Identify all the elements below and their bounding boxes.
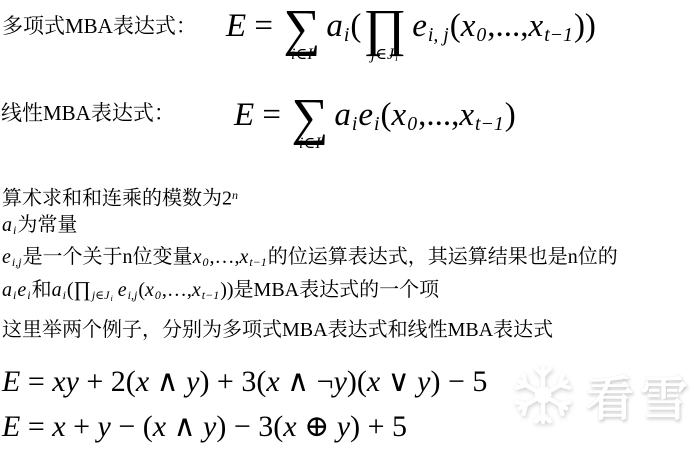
math-segment: y xyxy=(334,365,347,398)
expression-args: aiei(x0,...,xt−1) xyxy=(334,97,515,133)
math-segment: x xyxy=(145,279,154,301)
polynomial-mba-formula: E = ∑i∈Iai(∏j∈Jiei, j(x0,...,xt−1)) xyxy=(226,3,596,58)
math-segment: E xyxy=(226,8,246,44)
math-segment: ,…, xyxy=(162,279,192,301)
math-segment: ( xyxy=(350,8,361,44)
math-segment: j∈J xyxy=(92,288,110,302)
sum-limit: i∈I xyxy=(291,47,313,63)
product-limit: j∈Ji xyxy=(371,47,399,67)
math-segment: x xyxy=(529,8,544,44)
math-segment: e xyxy=(2,246,11,268)
math-segment: i,j xyxy=(128,288,138,302)
math-segment: I xyxy=(315,135,320,152)
linear-mba-label: 线性MBA表达式： xyxy=(1,100,175,126)
math-segment: 0 xyxy=(202,255,208,269)
math-segment: x xyxy=(239,246,248,268)
kanxue-wordmark: 看雪 xyxy=(586,360,692,429)
math-segment: )) xyxy=(574,8,596,44)
math-segment: 算术求和和连乘的模数为2 xyxy=(2,187,232,209)
sigma-glyph: ∑ xyxy=(291,98,328,138)
math-segment: x xyxy=(367,365,380,398)
math-segment: a xyxy=(334,97,351,133)
math-segment: n xyxy=(232,188,238,202)
math-segment: ∈ xyxy=(303,135,315,152)
product-operator: ∏j∈Ji xyxy=(363,9,406,49)
math-segment: t−1 xyxy=(202,288,219,302)
math-segment: x xyxy=(461,8,476,44)
math-segment: E xyxy=(2,410,20,443)
math-segment: 0 xyxy=(476,24,486,46)
math-segment: y xyxy=(98,410,111,443)
math-segment: 为常量 xyxy=(17,214,77,236)
math-segment: ) − 3( xyxy=(216,410,283,443)
math-segment: ) + 5 xyxy=(350,410,407,443)
math-segment: ) − 5 xyxy=(431,365,488,398)
math-segment: ) xyxy=(505,97,516,133)
math-segment: = xyxy=(246,8,281,44)
math-segment: 和 xyxy=(32,279,52,301)
math-segment: a xyxy=(2,214,12,236)
math-segment: ( xyxy=(381,97,392,133)
math-segment: = xyxy=(20,410,52,443)
formula-lhs: E = xyxy=(226,8,281,44)
math-segment: ∈ xyxy=(375,46,387,63)
math-segment: i xyxy=(13,288,16,302)
math-segment: ∧ xyxy=(149,365,186,398)
math-segment: ∧ xyxy=(166,410,203,443)
math-segment: ( xyxy=(450,8,461,44)
math-segment: I xyxy=(307,46,312,63)
note-line-coefficient: ai为常量 xyxy=(2,212,618,244)
polynomial-example-formula: E = xy + 2(x ∧ y) + 3(x ∧ ¬y)(x ∨ y) − 5 xyxy=(2,362,487,402)
math-segment: ∨ xyxy=(380,365,417,398)
math-segment: t−1 xyxy=(544,24,573,46)
math-segment: )( xyxy=(347,365,367,398)
math-segment: x xyxy=(153,410,166,443)
sigma-glyph: ∑ xyxy=(283,9,320,49)
math-segment: y xyxy=(337,410,350,443)
math-segment: y xyxy=(203,410,216,443)
linear-mba-formula: E = ∑i∈Iaiei(x0,...,xt−1) xyxy=(234,92,516,147)
math-segment: x xyxy=(136,365,149,398)
note-line-modulus: 算术求和和连乘的模数为2n xyxy=(2,182,618,212)
formula-lhs: E = xyxy=(234,97,289,133)
math-segment: ,…, xyxy=(209,246,239,268)
math-segment: + 2( xyxy=(79,365,136,398)
math-segment: i xyxy=(374,113,380,135)
math-segment: a xyxy=(52,279,62,301)
expression-args: ei, j(x0,...,xt−1)) xyxy=(412,8,596,44)
math-segment: x xyxy=(459,97,474,133)
math-segment: ,..., xyxy=(487,8,528,44)
kanxue-watermark: 看雪 xyxy=(510,360,692,429)
math-segment: ) + 3( xyxy=(199,365,266,398)
math-segment: xy xyxy=(52,365,79,398)
math-segment: i xyxy=(63,288,66,302)
linear-example-formula: E = x + y − (x ∧ y) − 3(x ⊕ y) + 5 xyxy=(2,407,407,447)
math-segment: 是一个关于n位变量 xyxy=(23,246,193,268)
sum-limit: i∈I xyxy=(299,136,321,152)
math-segment: E xyxy=(2,365,20,398)
math-segment: 0 xyxy=(155,288,161,302)
note-line-mba-term: aiei和ai(∏j∈Ji ei,j(x0,…,xt−1))是MBA表达式的一个… xyxy=(2,276,618,312)
examples-intro-text: 这里举两个例子，分别为多项式MBA表达式和线性MBA表达式 xyxy=(2,317,553,344)
math-segment: J xyxy=(387,46,394,63)
math-segment: x xyxy=(193,246,202,268)
math-segment: 0 xyxy=(407,113,417,135)
math-segment: i,j xyxy=(12,255,22,269)
math-segment: a xyxy=(2,279,12,301)
math-segment: ∈ xyxy=(295,46,307,63)
math-segment: x xyxy=(52,410,65,443)
math-segment: i, j xyxy=(428,24,449,46)
pi-glyph: ∏ xyxy=(363,9,406,49)
math-segment: e xyxy=(412,8,427,44)
math-segment: a xyxy=(326,8,343,44)
math-segment: x xyxy=(392,97,407,133)
math-segment: i xyxy=(27,288,30,302)
math-segment: + xyxy=(66,410,98,443)
math-segment: ,..., xyxy=(418,97,459,133)
math-segment: x xyxy=(283,410,296,443)
math-segment: x xyxy=(266,365,279,398)
math-segment: x xyxy=(192,279,201,301)
math-segment: = xyxy=(20,365,52,398)
math-segment: i xyxy=(13,223,16,237)
math-segment: ( xyxy=(138,279,145,301)
polynomial-mba-label: 多项式MBA表达式： xyxy=(2,13,197,39)
math-segment: ∧ ¬ xyxy=(280,365,334,398)
math-segment: E xyxy=(234,97,254,133)
math-segment: y xyxy=(417,365,430,398)
math-segment: ∏ xyxy=(74,277,91,301)
snowflake-icon xyxy=(510,362,576,428)
math-segment: ⊕ xyxy=(297,410,337,443)
math-segment: ))是MBA表达式的一个项 xyxy=(220,279,439,301)
math-segment: e xyxy=(17,279,26,301)
math-segment: e xyxy=(118,279,127,301)
math-segment: − ( xyxy=(111,410,153,443)
math-segment: i xyxy=(352,113,358,135)
notes-block: 算术求和和连乘的模数为2n ai为常量 ei,j是一个关于n位变量x0,…,xt… xyxy=(2,182,618,312)
math-segment: i xyxy=(344,24,350,46)
math-segment: = xyxy=(254,97,289,133)
math-segment: ( xyxy=(67,279,74,301)
math-segment: i xyxy=(395,53,398,64)
math-segment: t−1 xyxy=(475,113,504,135)
math-segment: 的位运算表达式，其运算结果也是n位的 xyxy=(268,246,618,268)
math-segment: e xyxy=(358,97,373,133)
coefficient-term: ai( xyxy=(326,8,361,44)
sum-operator: ∑i∈I xyxy=(283,9,320,49)
math-segment: t−1 xyxy=(249,255,266,269)
document-page: 多项式MBA表达式： E = ∑i∈Iai(∏j∈Jiei, j(x0,...,… xyxy=(0,0,692,453)
sum-operator: ∑i∈I xyxy=(291,98,328,138)
note-line-bitwise-expression: ei,j是一个关于n位变量x0,…,xt−1的位运算表达式，其运算结果也是n位的 xyxy=(2,244,618,276)
math-segment: y xyxy=(186,365,199,398)
